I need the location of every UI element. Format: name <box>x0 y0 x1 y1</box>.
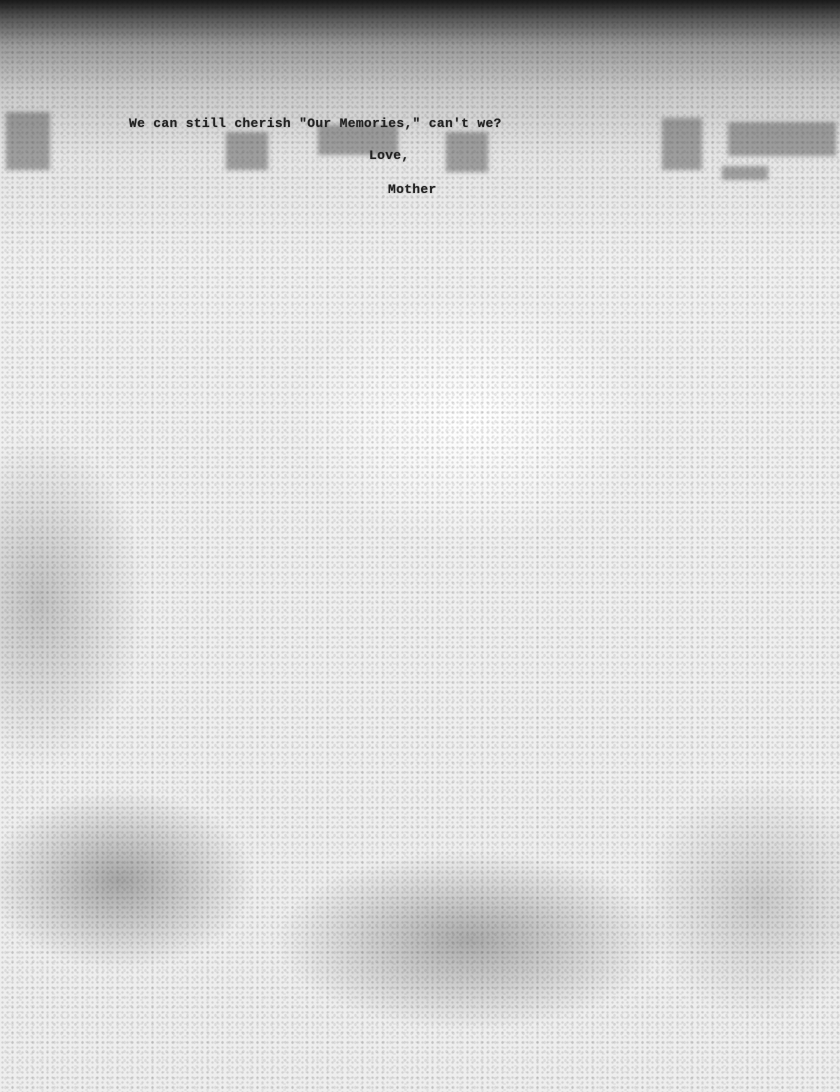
scan-artifact <box>722 166 768 180</box>
scanned-letter-page: We can still cherish "Our Memories," can… <box>0 0 840 1092</box>
letter-signature: Mother <box>388 182 437 197</box>
scan-artifact <box>226 132 268 170</box>
scan-artifact <box>728 122 836 156</box>
scan-artifact <box>446 132 488 172</box>
letter-salutation: Love, <box>369 148 410 163</box>
paper-noise <box>0 0 840 1092</box>
scan-artifact <box>662 118 702 170</box>
letter-closing-line: We can still cherish "Our Memories," can… <box>129 116 502 131</box>
scan-artifact <box>6 112 50 170</box>
